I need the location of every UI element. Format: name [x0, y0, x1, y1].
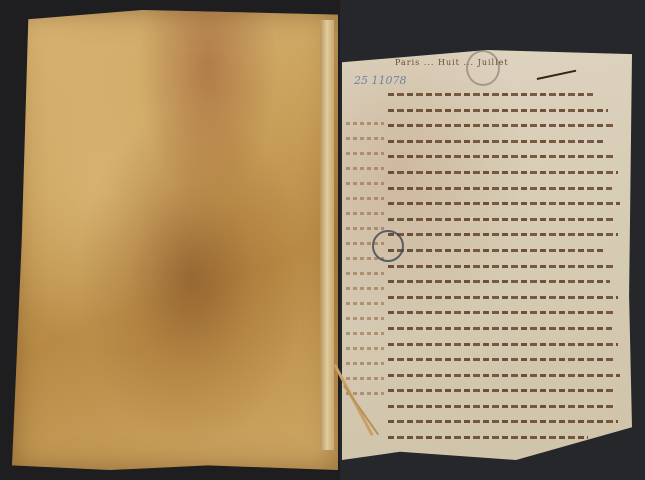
parchment-cover — [12, 10, 338, 470]
binding-fold — [320, 20, 334, 450]
archive-stamp-margin — [372, 230, 404, 262]
handwritten-text — [388, 88, 628, 447]
archive-stamp-top — [466, 50, 500, 86]
reference-number: 25 11078 — [354, 74, 407, 87]
